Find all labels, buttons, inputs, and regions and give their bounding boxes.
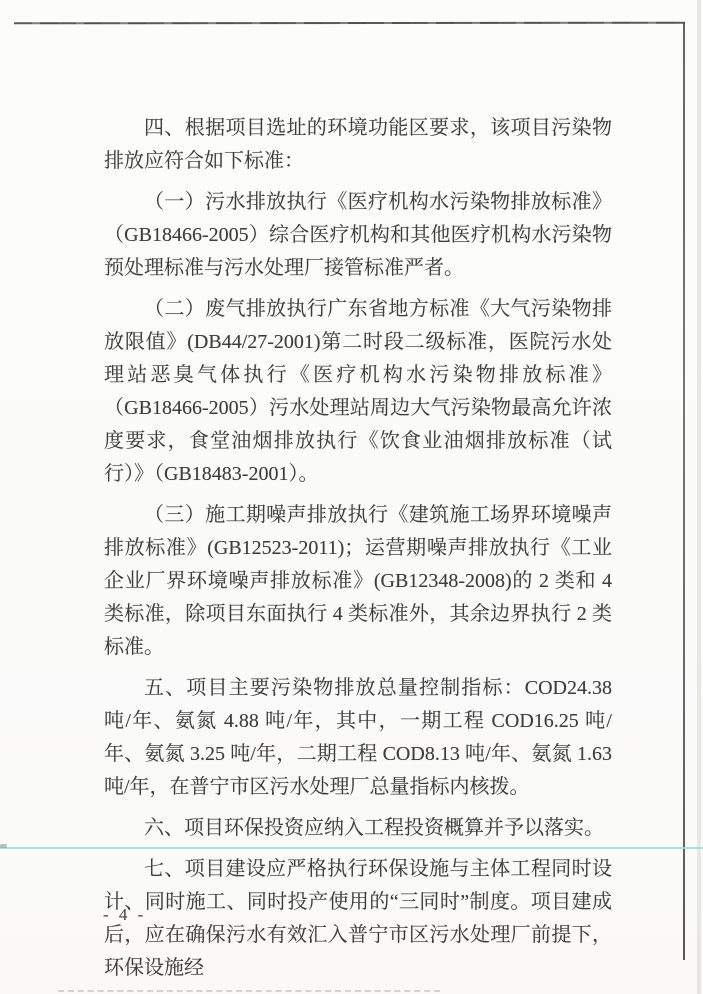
paragraph-standard-3: （三）施工期噪声排放执行《建筑施工场界环境噪声排放标准》(GB12523-201… [104,499,612,664]
scan-right-shadow [697,0,701,994]
page-number: - 4 - [103,905,146,925]
paragraph-item-7: 七、项目建设应严格执行环保设施与主体工程同时设计、同时施工、同时投产使用的“三同… [104,853,612,985]
paragraph-item-5: 五、项目主要污染物排放总量控制指标：COD24.38 吨/年、氨氮 4.88 吨… [104,672,612,804]
paragraph-standard-2: （二）废气排放执行广东省地方标准《大气污染物排放限值》(DB44/27-2001… [104,293,612,491]
scan-bottom-artifact-line [58,990,440,992]
paragraph-item-6: 六、项目环保投资应纳入工程投资概算并予以落实。 [104,812,612,845]
scan-edge-top-line [14,22,685,25]
scan-edge-right-line [683,23,685,960]
scanned-page: 四、根据项目选址的环境功能区要求，该项目污染物排放应符合如下标准： （一）污水排… [0,0,703,994]
scan-speck [0,844,7,848]
paragraph-item-4: 四、根据项目选址的环境功能区要求，该项目污染物排放应符合如下标准： [104,112,612,178]
document-body: 四、根据项目选址的环境功能区要求，该项目污染物排放应符合如下标准： （一）污水排… [104,112,612,985]
paragraph-standard-1: （一）污水排放执行《医疗机构水污染物排放标准》（GB18466-2005）综合医… [104,186,612,285]
